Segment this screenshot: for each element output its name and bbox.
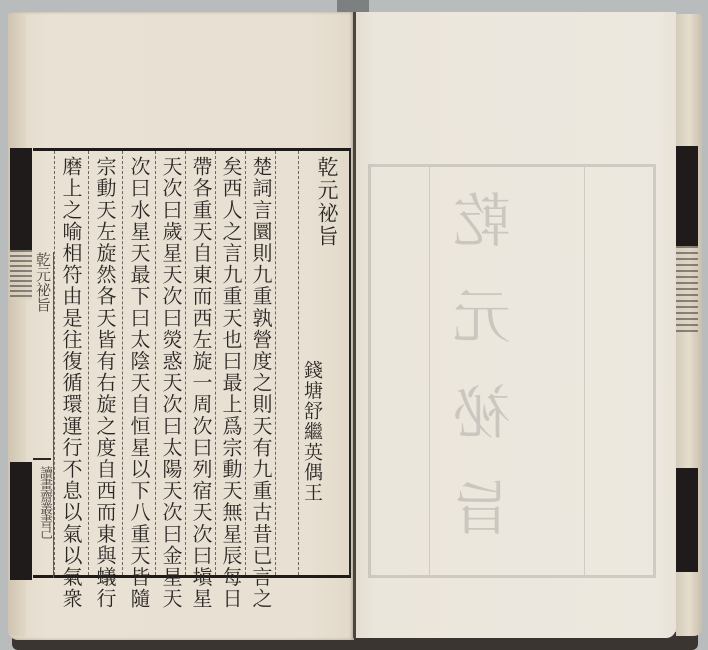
left-edge-ink-mark (10, 148, 32, 250)
column-rule (245, 151, 246, 575)
fishtail-series: 讀畫齋叢書己 (35, 466, 53, 538)
show-through-title: 乾元祕旨 (452, 190, 522, 574)
text-column: 帶各重天自東而西左旋一周次曰列宿天次曰塡星 (190, 156, 212, 610)
fishtail-page-number (33, 458, 51, 460)
text-column: 矣西人之言九重天也曰最上爲宗動天無星辰每日 (220, 156, 242, 610)
column-rule (275, 151, 276, 575)
column-rule (155, 151, 156, 575)
column-rule (298, 151, 299, 575)
column-rule (122, 151, 123, 575)
right-edge-ink-mark (676, 146, 698, 246)
author-line: 錢塘舒繼英偶王 (301, 360, 323, 503)
text-column: 天次曰歲星天次曰熒惑天次曰太陽天次曰金星天 (160, 156, 182, 610)
book-photo: 乾元祕旨 錢塘舒繼英偶王 楚詞言圜則九重孰營度之則天有九重古昔已言之 矣西人之言… (0, 0, 708, 650)
text-column: 楚詞言圜則九重孰營度之則天有九重古昔已言之 (250, 156, 272, 610)
column-rule (185, 151, 186, 575)
left-edge-ink-mark (10, 462, 32, 580)
right-edge-ink-mark (676, 468, 698, 572)
column-rule (54, 151, 55, 575)
column-rule (88, 151, 89, 575)
book-title: 乾元祕旨 (316, 156, 338, 248)
text-column: 次曰水星天最下曰太陰天自恒星以下八重天皆隨 (128, 156, 150, 610)
column-rule (215, 151, 216, 575)
right-edge-speck (676, 246, 698, 332)
left-edge-speck (10, 250, 32, 300)
fishtail-title: 乾元祕旨 (33, 252, 53, 312)
text-column: 宗動天左旋然各天皆有右旋之度自西而東與蟻行 (94, 156, 116, 610)
text-column: 磨上之喻相符由是往復循環運行不息以氣以氣衆 (60, 156, 82, 610)
